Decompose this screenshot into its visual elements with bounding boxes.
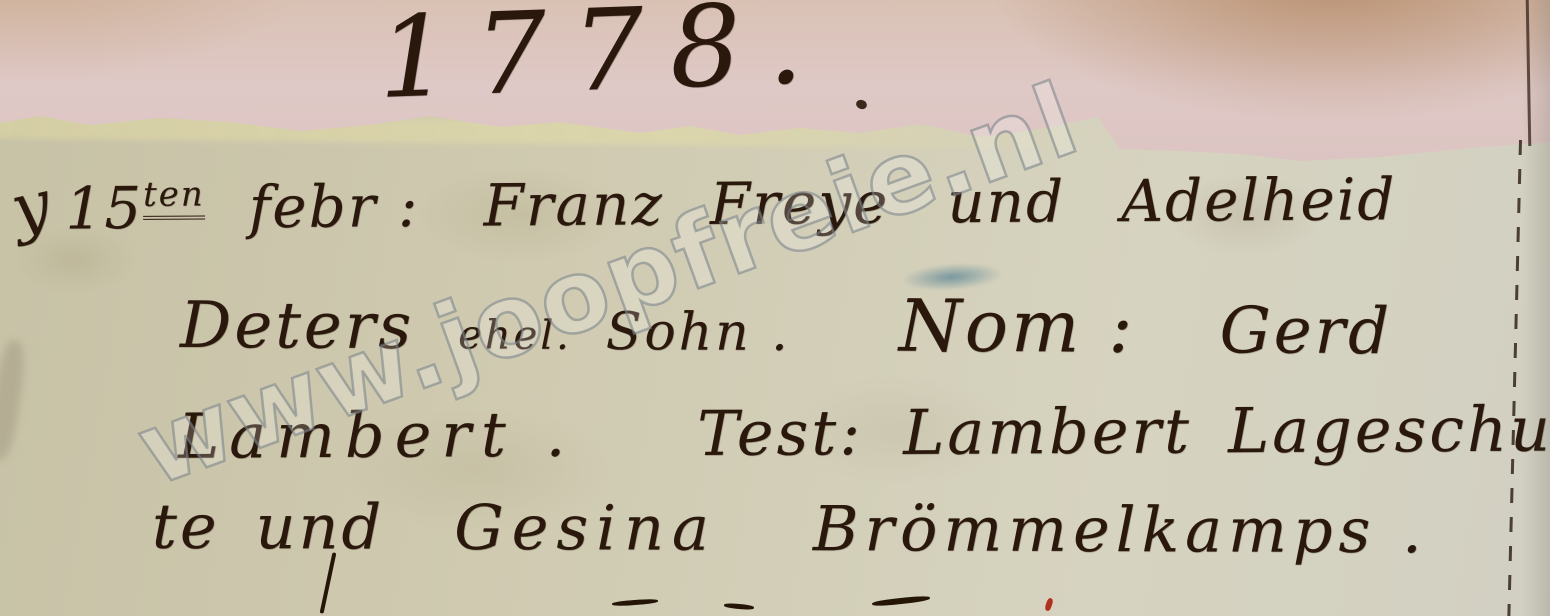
bleedthrough-ghost (0, 339, 28, 461)
entry-day-ordinal: ten (143, 174, 205, 219)
father-surname: Freye (710, 169, 890, 238)
abbrev-ehelich: ehel. (458, 312, 572, 359)
margin-line-dashed (1507, 140, 1522, 616)
mother-surname: Deters (180, 289, 415, 364)
witness2-surname: Brömmelkamps . (813, 492, 1428, 567)
red-ink-fleck (1044, 597, 1054, 611)
page-edge-shadow (1522, 0, 1550, 616)
child-middlename: Lambert . (178, 398, 576, 473)
entry-line-witnesses: Lambert .Test:LambertLageschul= (178, 392, 1550, 483)
entry-line-date-parents: y15tenfebr :FranzFreyeundAdelheid (12, 158, 1397, 245)
conjunction-und-2: und (255, 490, 384, 563)
entry-day: 15 (65, 174, 143, 243)
margin-flourish: y (4, 164, 59, 248)
word-sohn: Sohn . (606, 302, 791, 363)
entry-month: febr : (249, 172, 420, 241)
entry-line-witness2: teundGesinaBrömmelkamps . (152, 490, 1428, 567)
witness1-surname-part: Lageschul (1228, 392, 1550, 467)
conjunction-und: und (947, 167, 1065, 236)
year-heading: 1778. (376, 0, 831, 124)
label-nomen: Nom : (899, 284, 1136, 369)
entry-line-child: Detersehel.Sohn .Nom :Gerd (180, 280, 1393, 370)
cutoff-stroke (724, 603, 754, 611)
child-firstname: Gerd (1219, 294, 1392, 369)
label-testes: Test: (697, 396, 863, 470)
father-firstname: Franz (483, 170, 664, 239)
witness1-surname-rest: te (152, 490, 220, 563)
cutoff-stroke (872, 595, 930, 607)
witness2-firstname: Gesina (454, 491, 717, 565)
cutoff-stroke (612, 598, 658, 606)
witness1-firstname: Lambert (903, 394, 1192, 469)
manuscript-photo: 1778. y15tenfebr :FranzFreyeundAdelheid … (0, 0, 1550, 616)
mother-firstname: Adelheid (1121, 165, 1397, 235)
